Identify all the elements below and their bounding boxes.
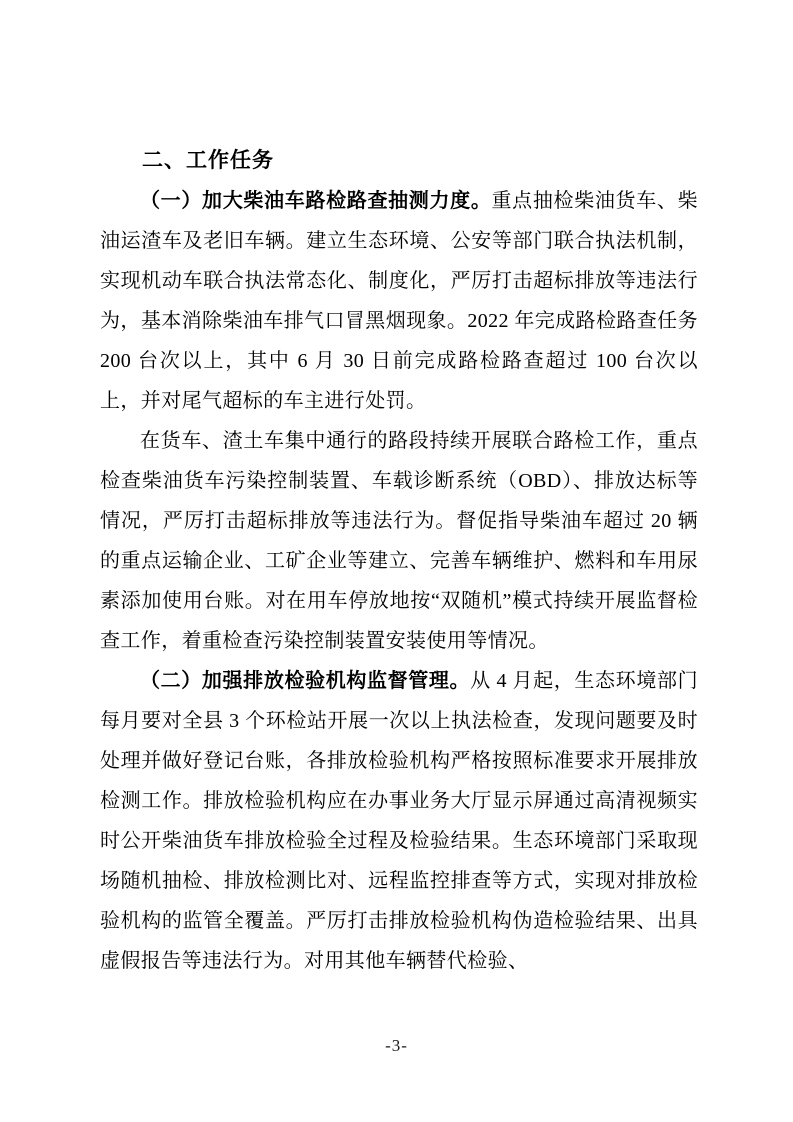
section-heading: 二、工作任务 — [100, 141, 698, 181]
paragraph-lead: （二）加强排放检验机构监督管理。 — [140, 670, 470, 692]
paragraph-body: 重点抽检柴油货车、柴油运渣车及老旧车辆。建立生态环境、公安等部门联合执法机制，实… — [100, 190, 698, 412]
paragraph: （一）加大柴油车路检路查抽测力度。重点抽检柴油货车、柴油运渣车及老旧车辆。建立生… — [100, 181, 698, 421]
paragraph-body: 在货车、渣土车集中通行的路段持续开展联合路检工作，重点检查柴油货车污染控制装置、… — [100, 430, 698, 652]
paragraph: 在货车、渣土车集中通行的路段持续开展联合路检工作，重点检查柴油货车污染控制装置、… — [100, 421, 698, 661]
paragraph-body: 从 4 月起，生态环境部门每月要对全县 3 个环检站开展一次以上执法检查，发现问… — [100, 670, 698, 972]
document-page: 二、工作任务 （一）加大柴油车路检路查抽测力度。重点抽检柴油货车、柴油运渣车及老… — [0, 0, 793, 1122]
page-number: -3- — [0, 1036, 793, 1056]
paragraph: （二）加强排放检验机构监督管理。从 4 月起，生态环境部门每月要对全县 3 个环… — [100, 661, 698, 981]
paragraph-lead: （一）加大柴油车路检路查抽测力度。 — [140, 190, 492, 212]
document-content: 二、工作任务 （一）加大柴油车路检路查抽测力度。重点抽检柴油货车、柴油运渣车及老… — [100, 141, 698, 981]
